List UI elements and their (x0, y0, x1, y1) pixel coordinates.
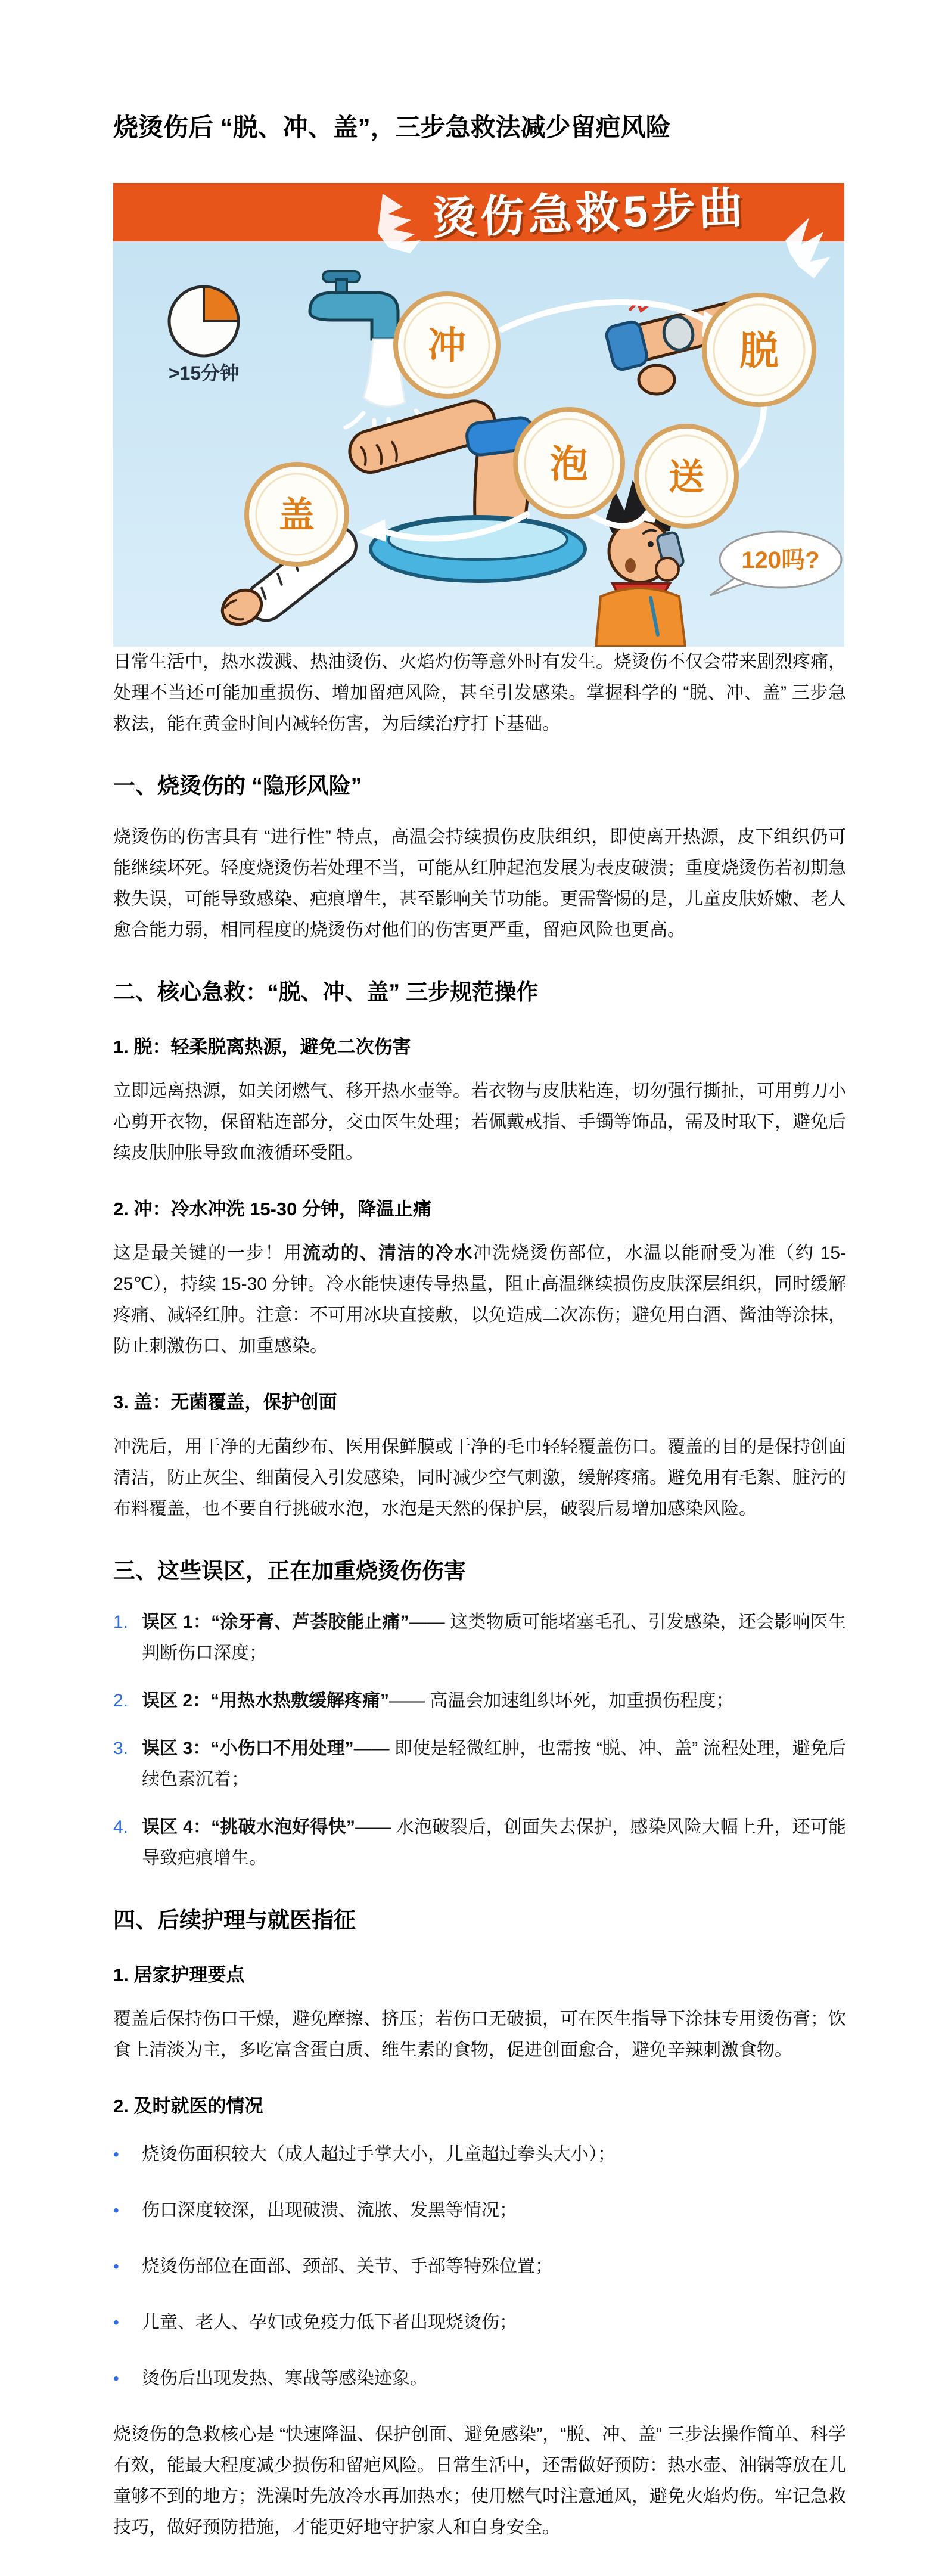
list-item: 1. 误区 1：“涂牙膏、芦荟胶能止痛”—— 这类物质可能堵塞毛孔、引发感染，还… (113, 1607, 846, 1669)
bullet-icon: • (113, 2307, 142, 2338)
svg-text:冲: 冲 (428, 324, 466, 367)
list-number: 1. (113, 1607, 142, 1669)
step-2-paragraph: 这是最关键的一步！用流动的、清洁的冷水冲洗烧烫伤部位，水温以能耐受为准（约 15… (113, 1238, 846, 1362)
list-item: 2. 误区 2：“用热水热敷缓解疼痛”—— 高温会加速组织坏死，加重损伤程度； (113, 1686, 846, 1717)
closing-paragraph: 烧烫伤的急救核心是 “快速降温、保护创面、避免感染”，“脱、冲、盖” 三步法操作… (113, 2419, 846, 2543)
timer-pie-icon (169, 287, 238, 356)
badge-song: 送 (636, 426, 736, 526)
list-number: 2. (113, 1686, 142, 1717)
badge-tuo: 脱 (704, 295, 814, 405)
list-item: 4. 误区 4：“挑破水泡好得快”—— 水泡破裂后，创面失去保护，感染风险大幅上… (113, 1812, 846, 1874)
bullet-text: 烧烫伤面积较大（成人超过手掌大小，儿童超过拳头大小）； (142, 2139, 616, 2170)
article: 烧烫伤后 “脱、冲、盖”，三步急救法减少留疤风险 烫伤急救5步曲 烫伤急救5步曲 (113, 111, 846, 2543)
speech-bubble-label: 120吗? (741, 547, 819, 573)
bullet-text: 儿童、老人、孕妇或免疫力低下者出现烧烫伤； (142, 2307, 517, 2338)
badge-gai: 盖 (247, 464, 347, 564)
svg-text:送: 送 (669, 457, 704, 497)
step-3-paragraph: 冲洗后，用干净的无菌纱布、医用保鲜膜或干净的毛巾轻轻覆盖伤口。覆盖的目的是保持创… (113, 1432, 846, 1525)
misconception-title: 误区 4：“挑破水泡好得快” (142, 1817, 355, 1837)
svg-text:盖: 盖 (279, 495, 315, 535)
list-item: • 伤口深度较深，出现破溃、流脓、发黑等情况； (113, 2195, 846, 2226)
step-2-text-bold: 流动的、清洁的冷水 (303, 1243, 473, 1263)
basin-icon (371, 517, 585, 581)
section-4-heading: 四、后续护理与就医指征 (113, 1906, 846, 1935)
misconception-title: 误区 1：“涂牙膏、芦荟胶能止痛” (142, 1612, 409, 1632)
bullet-text: 烧烫伤部位在面部、颈部、关节、手部等特殊位置； (142, 2251, 553, 2282)
infographic-banner: 烫伤急救5步曲 烫伤急救5步曲 (431, 183, 750, 246)
intro-paragraph: 日常生活中，热水泼溅、热油烫伤、火焰灼伤等意外时有发生。烧烫伤不仅会带来剧烈疼痛… (113, 647, 846, 740)
list-item: 3. 误区 3：“小伤口不用处理”—— 即使是轻微红肿，也需按 “脱、冲、盖” … (113, 1733, 846, 1795)
list-item: • 烫伤后出现发热、寒战等感染迹象。 (113, 2363, 846, 2394)
bullet-text: 烫伤后出现发热、寒战等感染迹象。 (142, 2363, 428, 2394)
list-item: • 儿童、老人、孕妇或免疫力低下者出现烧烫伤； (113, 2307, 846, 2338)
section-3-heading: 三、这些误区，正在加重烧烫伤伤害 (113, 1557, 846, 1585)
seek-doctor-heading: 2. 及时就医的情况 (113, 2094, 846, 2118)
home-care-heading: 1. 居家护理要点 (113, 1963, 846, 1987)
section-2-heading: 二、核心急救：“脱、冲、盖” 三步规范操作 (113, 978, 846, 1007)
step-2-text-pre: 这是最关键的一步！用 (113, 1243, 303, 1263)
bullet-icon: • (113, 2363, 142, 2394)
burn-first-aid-infographic: 烫伤急救5步曲 烫伤急救5步曲 >15分钟 (113, 183, 844, 647)
misconception-title: 误区 2：“用热水热敷缓解疼痛” (142, 1691, 389, 1711)
step-1-paragraph: 立即远离热源，如关闭燃气、移开热水壶等。若衣物与皮肤粘连，切勿强行撕扯，可用剪刀… (113, 1076, 846, 1169)
list-item: • 烧烫伤面积较大（成人超过手掌大小，儿童超过拳头大小）； (113, 2139, 846, 2170)
step-3-heading: 3. 盖：无菌覆盖，保护创面 (113, 1391, 846, 1414)
bullet-icon: • (113, 2139, 142, 2170)
list-number: 4. (113, 1812, 142, 1874)
list-item: • 烧烫伤部位在面部、颈部、关节、手部等特殊位置； (113, 2251, 846, 2282)
page-title: 烧烫伤后 “脱、冲、盖”，三步急救法减少留疤风险 (113, 111, 846, 145)
badge-pao: 泡 (515, 409, 623, 517)
step-2-heading: 2. 冲：冷水冲洗 15-30 分钟，降温止痛 (113, 1197, 846, 1221)
home-care-paragraph: 覆盖后保持伤口干燥，避免摩擦、挤压；若伤口无破损，可在医生指导下涂抹专用烫伤膏；… (113, 2004, 846, 2066)
misconception-detail: —— 高温会加速组织坏死，加重损伤程度； (389, 1691, 733, 1711)
svg-text:脱: 脱 (739, 328, 779, 373)
section-1-paragraph: 烧烫伤的伤害具有 “进行性” 特点，高温会持续损伤皮肤组织，即使离开热源，皮下组… (113, 822, 846, 946)
seek-doctor-list: • 烧烫伤面积较大（成人超过手掌大小，儿童超过拳头大小）； • 伤口深度较深，出… (113, 2139, 846, 2394)
misconception-title: 误区 3：“小伤口不用处理” (142, 1739, 354, 1758)
misconception-list: 1. 误区 1：“涂牙膏、芦荟胶能止痛”—— 这类物质可能堵塞毛孔、引发感染，还… (113, 1607, 846, 1874)
section-1-heading: 一、烧烫伤的 “隐形风险” (113, 772, 846, 800)
infographic-canvas: 烫伤急救5步曲 烫伤急救5步曲 >15分钟 (113, 183, 844, 647)
timer-label: >15分钟 (169, 362, 239, 384)
bullet-text: 伤口深度较深，出现破溃、流脓、发黑等情况； (142, 2195, 517, 2226)
badge-chong: 冲 (396, 294, 498, 396)
bullet-icon: • (113, 2195, 142, 2226)
bullet-icon: • (113, 2251, 142, 2282)
step-1-heading: 1. 脱：轻柔脱离热源，避免二次伤害 (113, 1035, 846, 1059)
svg-text:泡: 泡 (550, 443, 588, 486)
list-number: 3. (113, 1733, 142, 1795)
